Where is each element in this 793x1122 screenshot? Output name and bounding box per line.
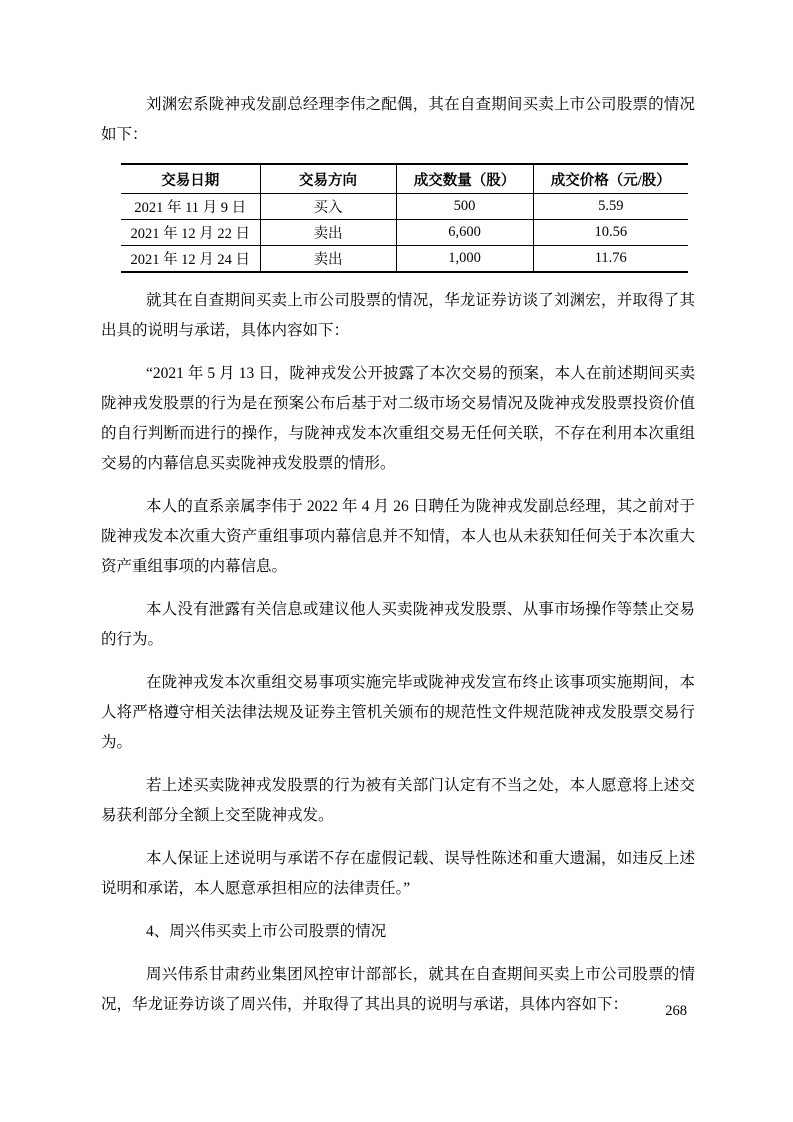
paragraph-statement-5: 若上述买卖陇神戎发股票的行为被有关部门认定有不当之处，本人愿意将上述交易获利部分… <box>101 771 695 831</box>
table-cell-price: 5.59 <box>533 194 688 220</box>
table-cell-date: 2021 年 12 月 22 日 <box>121 220 260 246</box>
table-header-trade-date: 交易日期 <box>121 164 260 194</box>
table-cell-volume: 6,600 <box>396 220 533 246</box>
table-header-row: 交易日期 交易方向 成交数量（股） 成交价格（元/股） <box>121 164 688 194</box>
paragraph-statement-1: “2021 年 5 月 13 日，陇神戎发公开披露了本次交易的预案，本人在前述期… <box>101 359 695 479</box>
table-cell-direction: 卖出 <box>260 220 396 246</box>
table-cell-price: 11.76 <box>533 246 688 273</box>
table-cell-date: 2021 年 11 月 9 日 <box>121 194 260 220</box>
paragraph-statement-3: 本人没有泄露有关信息或建议他人买卖陇神戎发股票、从事市场操作等禁止交易的行为。 <box>101 595 695 655</box>
paragraph-statement-4: 在陇神戎发本次重组交易事项实施完毕或陇神戎发宣布终止该事项实施期间，本人将严格遵… <box>101 668 695 758</box>
paragraph-liu-intro: 刘渊宏系陇神戎发副总经理李伟之配偶，其在自查期间买卖上市公司股票的情况如下： <box>101 90 695 150</box>
document-page: 刘渊宏系陇神戎发副总经理李伟之配偶，其在自查期间买卖上市公司股票的情况如下： 交… <box>0 0 793 1122</box>
table-header-price: 成交价格（元/股） <box>533 164 688 194</box>
table-row: 2021 年 12 月 24 日 卖出 1,000 11.76 <box>121 246 688 273</box>
table-cell-direction: 卖出 <box>260 246 396 273</box>
table-cell-direction: 买入 <box>260 194 396 220</box>
table-cell-volume: 500 <box>396 194 533 220</box>
table-header-trade-direction: 交易方向 <box>260 164 396 194</box>
table-row: 2021 年 11 月 9 日 买入 500 5.59 <box>121 194 688 220</box>
paragraph-statement-2: 本人的直系亲属李伟于 2022 年 4 月 26 日聘任为陇神戎发副总经理，其之… <box>101 492 695 582</box>
table-cell-volume: 1,000 <box>396 246 533 273</box>
table-cell-date: 2021 年 12 月 24 日 <box>121 246 260 273</box>
table-cell-price: 10.56 <box>533 220 688 246</box>
table-header-volume: 成交数量（股） <box>396 164 533 194</box>
paragraph-interview-liu: 就其在自查期间买卖上市公司股票的情况，华龙证券访谈了刘渊宏，并取得了其出具的说明… <box>101 286 695 346</box>
paragraph-zhou-intro: 周兴伟系甘肃药业集团风控审计部部长，就其在自查期间买卖上市公司股票的情况，华龙证… <box>101 960 695 1020</box>
table-row: 2021 年 12 月 22 日 卖出 6,600 10.56 <box>121 220 688 246</box>
page-number: 268 <box>665 1002 687 1020</box>
paragraph-statement-6: 本人保证上述说明与承诺不存在虚假记载、误导性陈述和重大遗漏，如违反上述说明和承诺… <box>101 844 695 904</box>
trading-records-table: 交易日期 交易方向 成交数量（股） 成交价格（元/股） 2021 年 11 月 … <box>121 163 688 273</box>
section-heading-4: 4、周兴伟买卖上市公司股票的情况 <box>101 917 695 947</box>
